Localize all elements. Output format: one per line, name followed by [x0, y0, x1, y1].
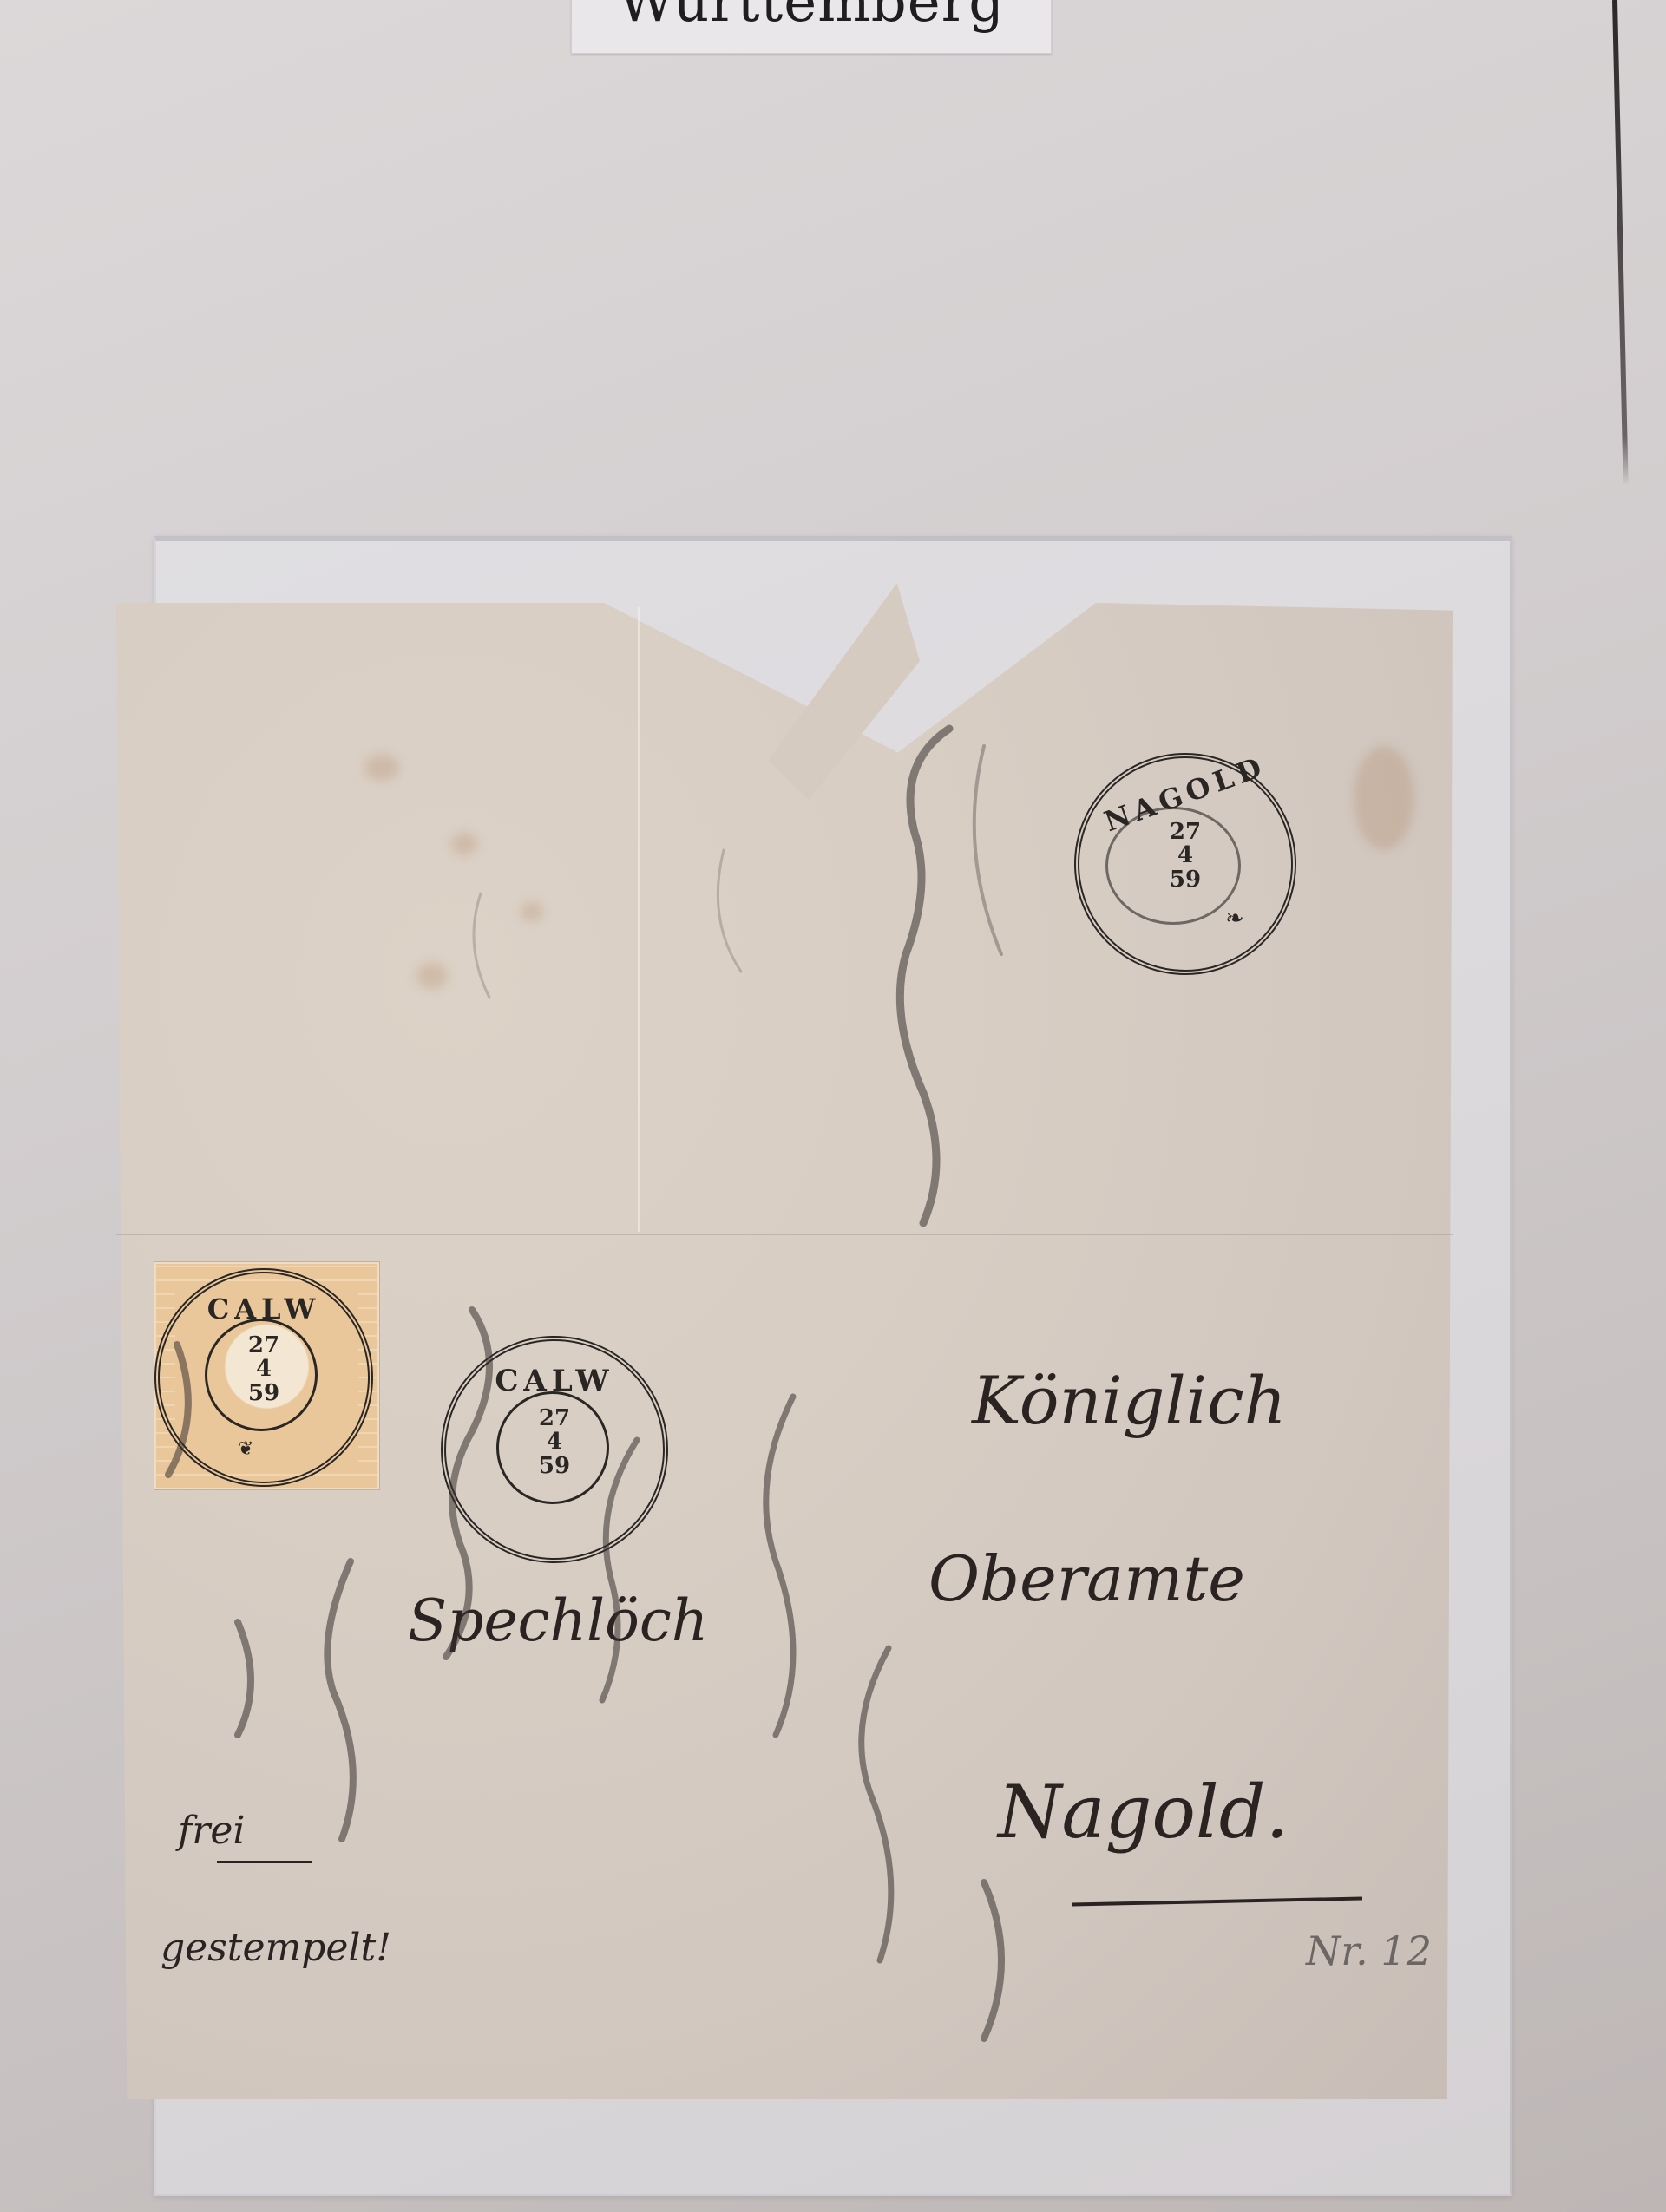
album-header-label: Württemberg	[571, 0, 1052, 54]
album-header-text: Württemberg	[572, 0, 1051, 25]
album-binding-edge	[1612, 0, 1629, 486]
show-through-handwriting	[116, 607, 1453, 2099]
